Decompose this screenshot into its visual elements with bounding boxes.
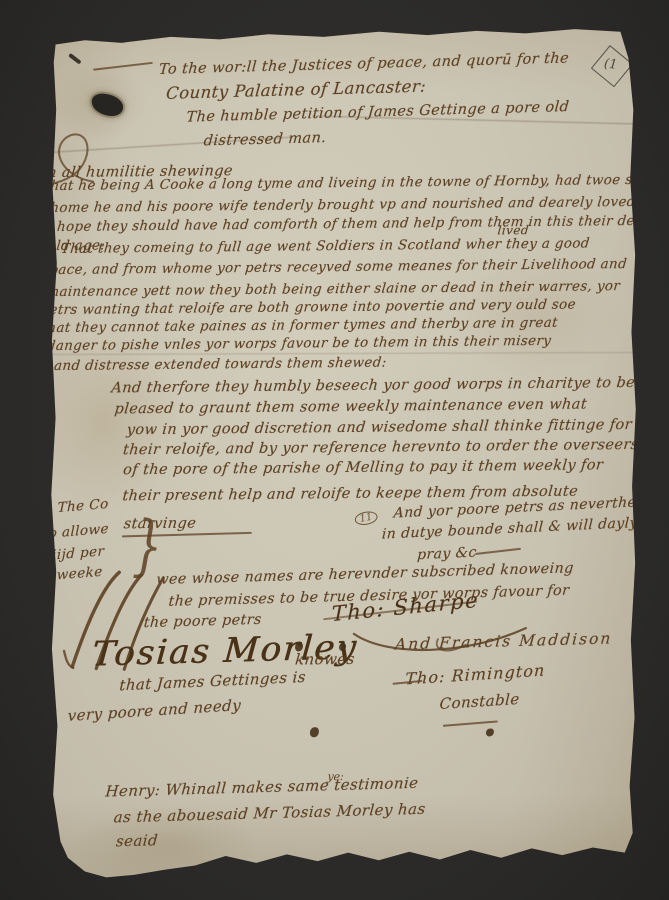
address-line: County Palatine of Lancaster:	[166, 77, 427, 103]
endorsement-line: Henry: Whinall makes same testimonie	[105, 774, 419, 801]
petition-request-line: of the pore of the parishe of Melling to…	[122, 457, 604, 478]
petition-body-line: whome he and his poore wife tenderly bro…	[38, 195, 637, 216]
folio-number-mark: (1	[597, 51, 627, 81]
petition-body-line: danger to pishe vnles yor worps favour b…	[46, 334, 552, 354]
petition-body-line: and distresse extended towards them shew…	[53, 356, 387, 374]
pen-dash	[443, 720, 498, 726]
morley-note-line: very poore and needy	[67, 696, 241, 725]
petition-body-line: in hope they should have had comforth of…	[38, 213, 669, 235]
endorsement-line: as the abouesaid Mr Tosias Morley has	[113, 800, 426, 827]
margin-order-line: The Co	[57, 496, 108, 516]
interlined-word: lived	[497, 223, 530, 237]
petition-body-line: maintenance yett now they both being eit…	[46, 279, 621, 300]
petition-request-line: And therfore they humbly beseech yor goo…	[111, 375, 645, 397]
signature-tho-rimington: Tho: Rimington	[405, 661, 546, 689]
ink-blot	[310, 727, 319, 737]
petition-body-line: that they cannot take paines as in forme…	[41, 316, 559, 336]
manuscript-content: (1 To the wor:ll the Justices of peace, …	[32, 21, 653, 883]
paper-hole	[90, 91, 126, 118]
pen-dash	[93, 62, 153, 71]
petition-title-line: The humble petition of James Gettinge a …	[186, 99, 570, 126]
petition-request-line: pleased to graunt them some weekly maint…	[114, 396, 588, 417]
petition-request-line: their reloife, and by yor reference here…	[122, 437, 639, 458]
paper-slit	[68, 53, 82, 65]
address-line: To the wor:ll the Justices of peace, and…	[158, 50, 569, 77]
petition-request-line: yow in yor good discretion and wisedome …	[126, 417, 633, 438]
margin-order-line: to allowe	[43, 521, 109, 542]
docket-number-mark: 11	[354, 510, 379, 527]
ink-blot	[486, 728, 494, 736]
endorsement-line: seaid	[115, 831, 158, 850]
petition-body-line: That they comeing to full age went Soldi…	[60, 236, 590, 257]
photo-background: (1 To the wor:ll the Justices of peace, …	[0, 0, 669, 900]
petition-title-line: distressed man.	[203, 130, 327, 149]
pen-flourish-dash	[475, 548, 521, 555]
rimington-title: Constable	[439, 690, 520, 713]
prayer-line: pray &c	[417, 545, 478, 564]
petition-body-line: space, and from whome yor petrs receyved…	[41, 257, 627, 278]
manuscript-page: (1 To the wor:ll the Justices of peace, …	[36, 24, 648, 880]
margin-order-line: viijd per	[44, 543, 105, 564]
morley-note-line: knowes	[294, 650, 355, 669]
folio-number-text: (1	[603, 57, 618, 73]
petition-body-line: petrs wanting that reloife are both grow…	[40, 298, 577, 319]
